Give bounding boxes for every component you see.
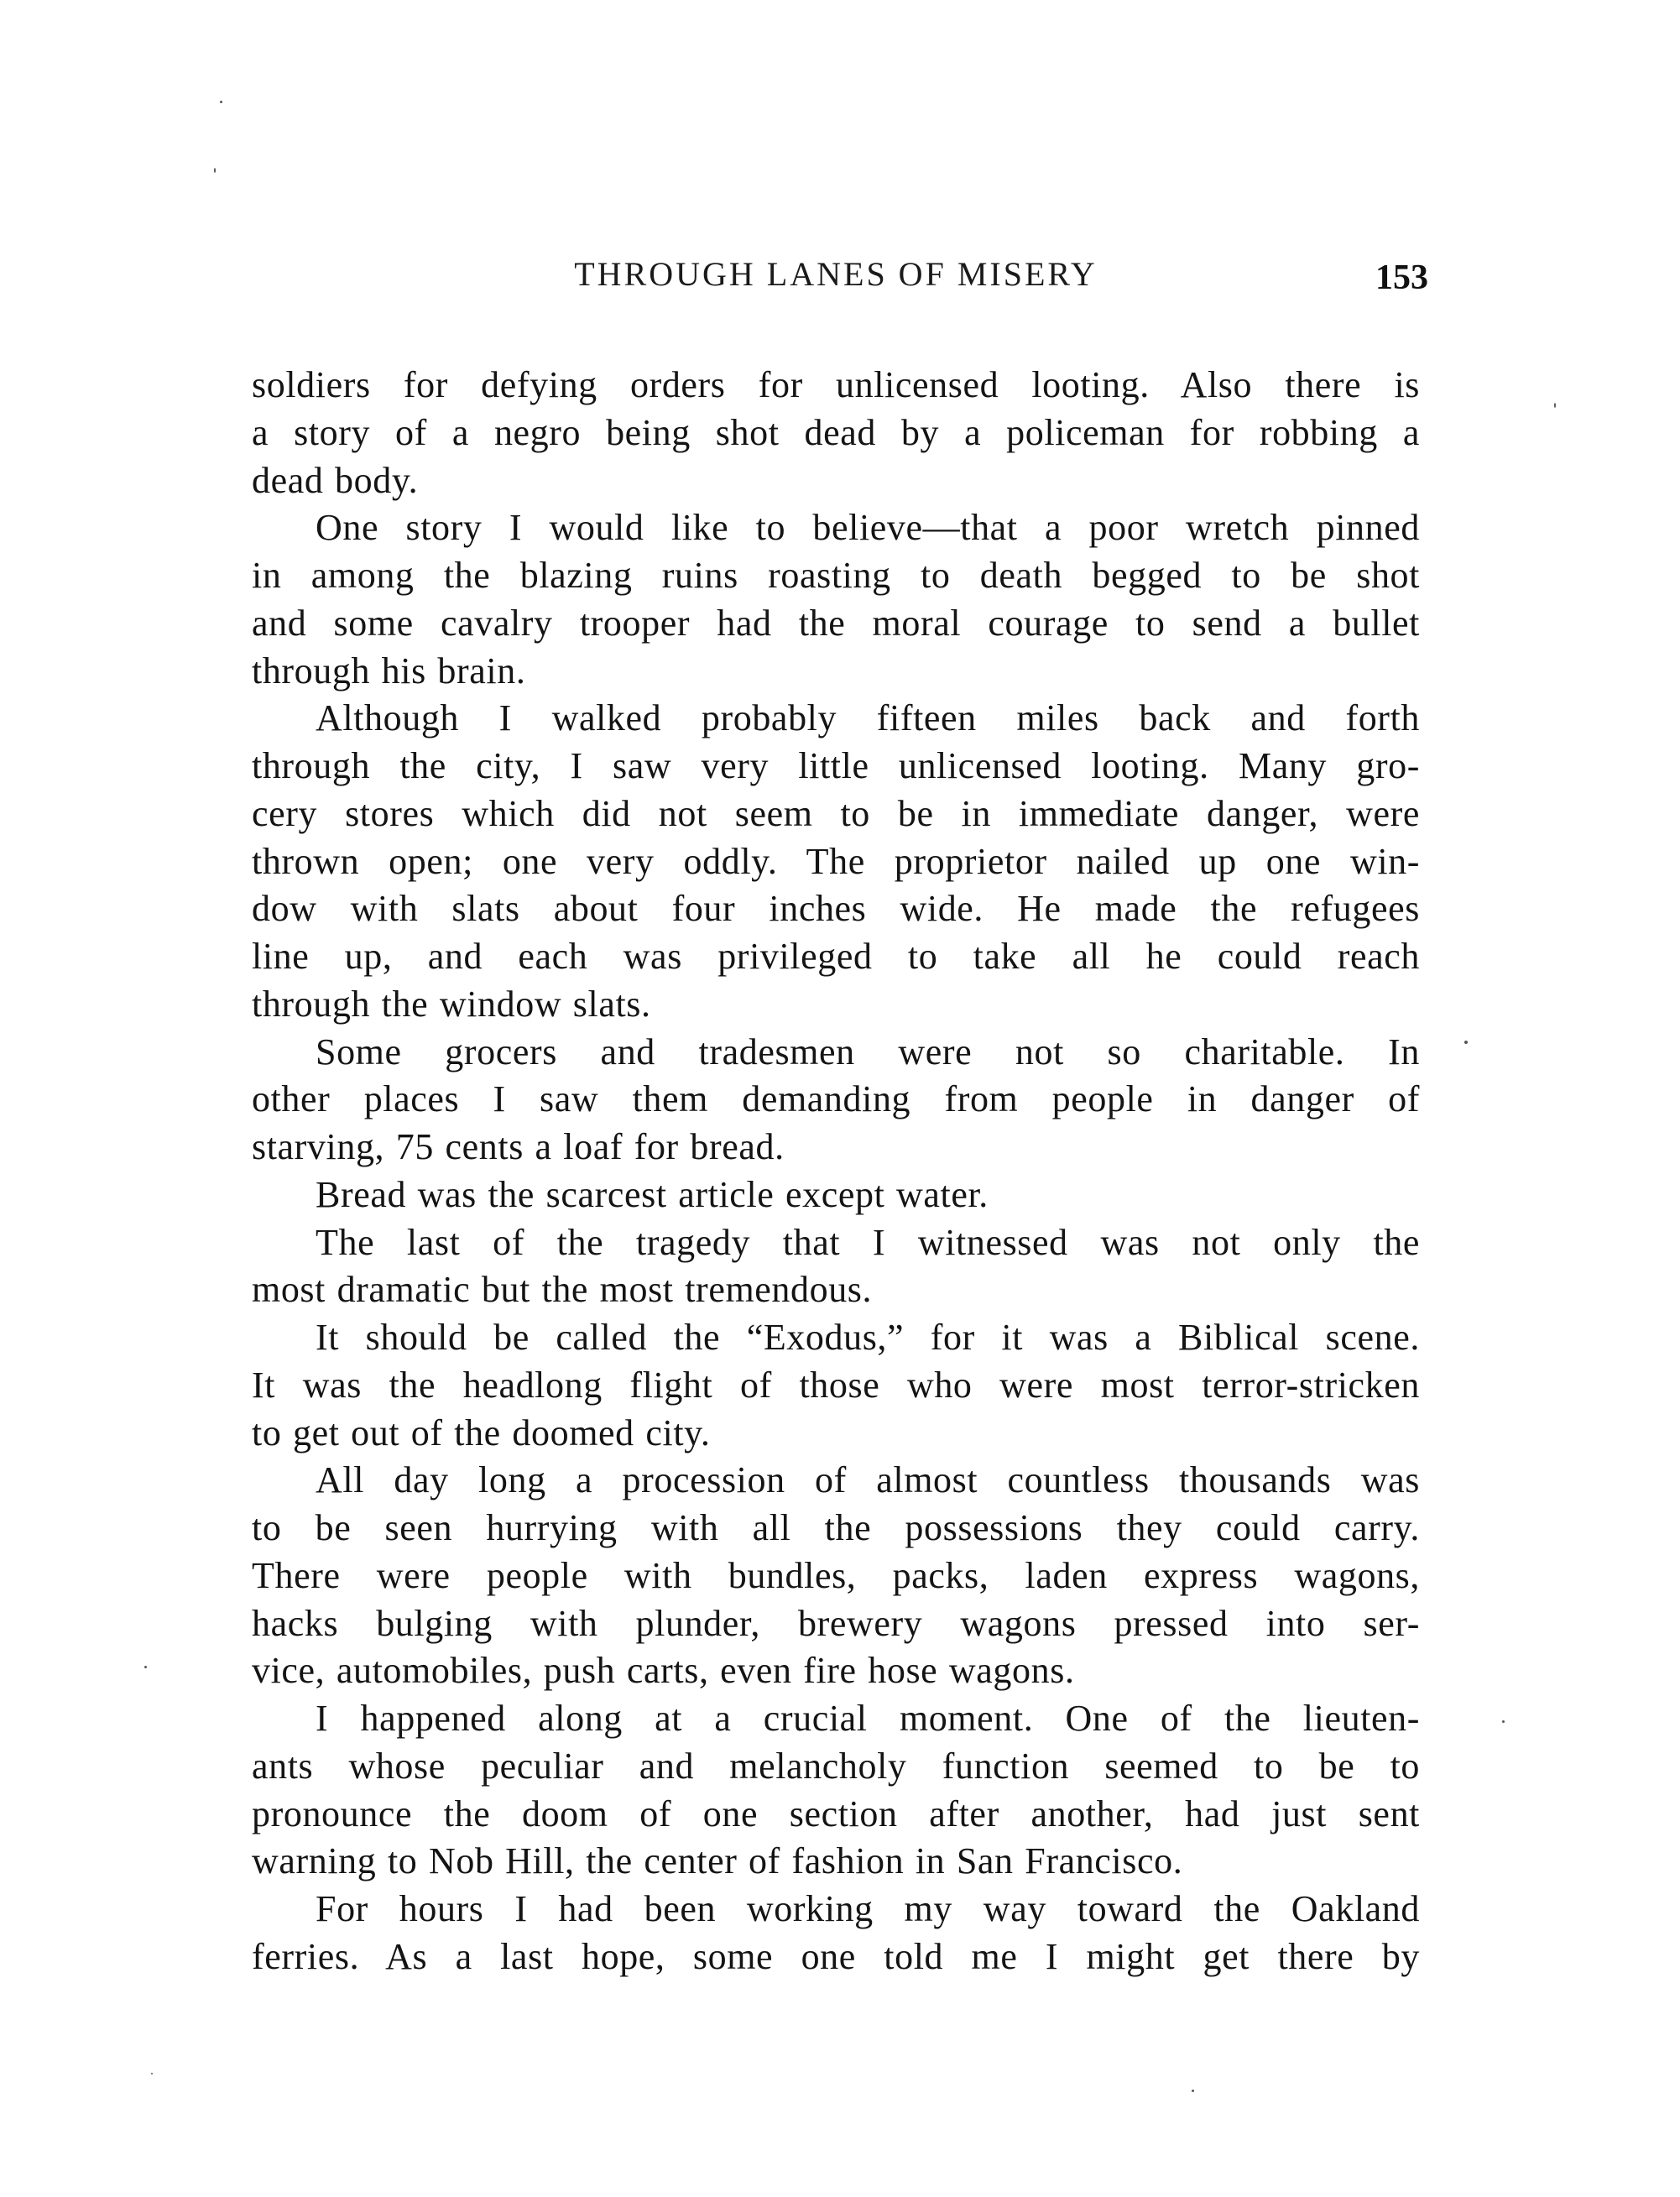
text-line: It should be called the “Exodus,” for it… [252,1314,1420,1362]
text-line: soldiers for defying orders for unlicens… [252,362,1420,410]
text-line: I happened along at a crucial moment. On… [252,1695,1420,1743]
text-line: starving, 75 cents a loaf for bread. [252,1124,1420,1172]
text-line: There were people with bundles, packs, l… [252,1553,1420,1600]
text-line: to be seen hurrying with all the possess… [252,1505,1420,1553]
body-text: soldiers for defying orders for unlicens… [252,362,1420,1981]
text-line: line up, and each was privileged to take… [252,933,1420,981]
text-line: The last of the tragedy that I witnessed… [252,1219,1420,1267]
text-line: warning to Nob Hill, the center of fashi… [252,1838,1420,1886]
text-line: through the city, I saw very little unli… [252,743,1420,791]
text-line: in among the blazing ruins roasting to d… [252,552,1420,600]
text-line: and some cavalry trooper had the moral c… [252,600,1420,648]
text-line: All day long a procession of almost coun… [252,1457,1420,1505]
text-line: ants whose peculiar and melancholy funct… [252,1743,1420,1791]
text-line: dow with slats about four inches wide. H… [252,885,1420,933]
running-header: THROUGH LANES OF MISERY 153 [252,253,1420,295]
text-line: cery stores which did not seem to be in … [252,791,1420,838]
text-line: through his brain. [252,648,1420,696]
text-line: Bread was the scarcest article except wa… [252,1172,1420,1219]
text-line: One story I would like to believe—that a… [252,504,1420,552]
running-title: THROUGH LANES OF MISERY [252,253,1420,295]
text-line: Some grocers and tradesmen were not so c… [252,1029,1420,1077]
text-line: other places I saw them demanding from p… [252,1076,1420,1124]
text-line: For hours I had been working my way towa… [252,1886,1420,1933]
text-line: through the window slats. [252,981,1420,1029]
text-line: pronounce the doom of one section after … [252,1791,1420,1839]
text-line: ferries. As a last hope, some one told m… [252,1933,1420,1981]
page-number: 153 [1375,257,1428,299]
text-line: to get out of the doomed city. [252,1410,1420,1458]
text-line: hacks bulging with plunder, brewery wago… [252,1600,1420,1648]
text-line: Although I walked probably fifteen miles… [252,695,1420,743]
text-line: a story of a negro being shot dead by a … [252,410,1420,457]
text-line: vice, automobiles, push carts, even fire… [252,1647,1420,1695]
text-line: It was the headlong flight of those who … [252,1362,1420,1410]
text-line: dead body. [252,457,1420,505]
text-line: thrown open; one very oddly. The proprie… [252,838,1420,886]
text-line: most dramatic but the most tremendous. [252,1266,1420,1314]
book-page: THROUGH LANES OF MISERY 153 soldiers for… [0,0,1680,2197]
